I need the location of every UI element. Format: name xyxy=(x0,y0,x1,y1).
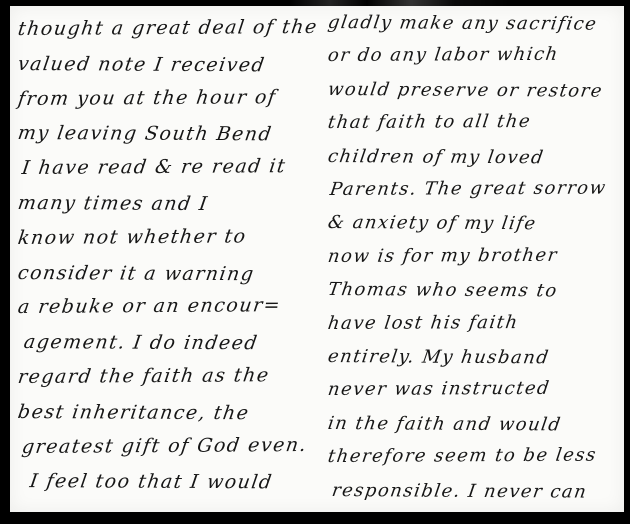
handwritten-line: therefore seem to be less xyxy=(326,439,630,474)
letter-scan: thought a great deal of the valued note … xyxy=(0,0,630,524)
handwritten-line: or do any labor which xyxy=(326,38,630,73)
handwritten-line: in the faith and would xyxy=(326,407,630,442)
handwritten-line: know not whether to xyxy=(16,219,321,256)
handwritten-line: agement. I do indeed xyxy=(15,325,320,361)
handwritten-line: entirely. My husband xyxy=(326,340,630,375)
handwritten-line: children of my loved xyxy=(326,140,630,175)
handwritten-line: never was instructed xyxy=(326,372,630,407)
handwritten-line: responsible. I never can xyxy=(326,474,630,509)
handwritten-line: gladly make any sacrifice xyxy=(326,6,630,41)
handwritten-line: best inheritance, the xyxy=(15,395,320,431)
handwritten-line: from you at the hour of xyxy=(16,79,321,116)
handwritten-line: valued note I received xyxy=(15,47,320,83)
handwritten-line: now is for my brother xyxy=(326,238,630,273)
handwritten-line: I feel too that I would xyxy=(15,464,320,500)
handwritten-line: many times and I xyxy=(15,186,320,222)
handwritten-line: my leaving South Bend xyxy=(15,116,320,152)
handwritten-line: Parents. The great sorrow xyxy=(326,171,630,206)
handwritten-line: consider it a warning xyxy=(15,256,320,292)
handwritten-line: thought a great deal of the xyxy=(16,10,321,47)
handwritten-line: a rebuke or an encour= xyxy=(16,288,321,325)
letter-left-page: thought a great deal of the valued note … xyxy=(18,12,318,499)
letter-paper: thought a great deal of the valued note … xyxy=(10,6,624,512)
handwritten-line: that faith to all the xyxy=(326,105,630,140)
handwritten-line: would preserve or restore xyxy=(326,73,630,108)
handwritten-line: have lost his faith xyxy=(326,305,630,340)
handwritten-line: & anxiety of my life xyxy=(326,206,630,241)
handwritten-line: Thomas who seems to xyxy=(326,273,630,308)
handwritten-line: I have read & re read it xyxy=(16,149,321,186)
handwritten-line: regard the faith as the xyxy=(16,358,321,395)
letter-right-page: gladly make any sacrifice or do any labo… xyxy=(328,6,628,507)
handwritten-line: greatest gift of God even. xyxy=(16,427,321,464)
